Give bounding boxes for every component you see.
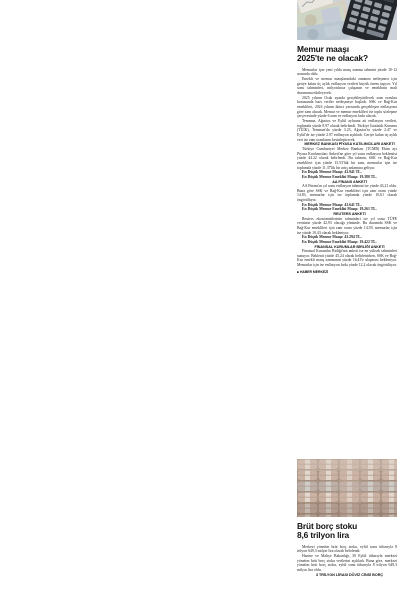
news-column: Memur maaşı 2025'te ne olacak? Memurlar …: [297, 0, 397, 446]
banknote-bundles-photo: [297, 459, 397, 517]
article2-headline-line2: 8,6 trilyon lira: [297, 531, 397, 540]
paragraph: Türkiye Cumhuriyet Merkez Bankası (TCMB)…: [297, 147, 397, 170]
byline-text: HABER MERKEZİ: [300, 270, 328, 274]
calculator-on-banknotes-photo: [297, 0, 397, 40]
paragraph: Reuters ekonomistlerinin tahminleri ise …: [297, 217, 397, 236]
byline-square-icon: ■: [297, 270, 299, 274]
paragraph: Memurlar için yeni yılda maaş zammı tahm…: [297, 68, 397, 77]
section-heading-doviz-borc: 3 TRİLYON LİRASI DÖVİZ CİNSİ BORÇ: [297, 573, 397, 578]
article1-headline-line2: 2025'te ne olacak?: [297, 54, 397, 63]
byline: ■HABER MERKEZİ: [297, 270, 397, 275]
paragraph: Temmuz, Ağustos ve Eylül aylarına ait en…: [297, 119, 397, 142]
article1-body: Memurlar için yeni yılda maaş zammı tahm…: [297, 68, 397, 446]
article1-headline: Memur maaşı 2025'te ne olacak?: [297, 45, 397, 64]
paragraph: Merkezi yönetim brüt borç stoku, eylül s…: [297, 545, 397, 554]
paragraph: Emekli ve memur maaşlarındaki zammın net…: [297, 77, 397, 96]
paragraph: Hazine ve Maliye Bakanlığı, 30 Eylül iti…: [297, 554, 397, 573]
article2-headline: Brüt borç stoku 8,6 trilyon lira: [297, 522, 397, 541]
newspaper-page: Memur maaşı 2025'te ne olacak? Memurlar …: [0, 0, 400, 594]
paragraph: AA Finans'ın yıl sonu enflasyon tahmini …: [297, 184, 397, 203]
article2: Brüt borç stoku 8,6 trilyon lira Merkezi…: [297, 459, 397, 577]
article2-body: Merkezi yönetim brüt borç stoku, eylül s…: [297, 545, 397, 578]
paragraph: 2025 yılının Ocak ayında gerçekleştirile…: [297, 96, 397, 119]
paragraph: Finansal Kurumlar Birliği'nin anketi ise…: [297, 249, 397, 268]
